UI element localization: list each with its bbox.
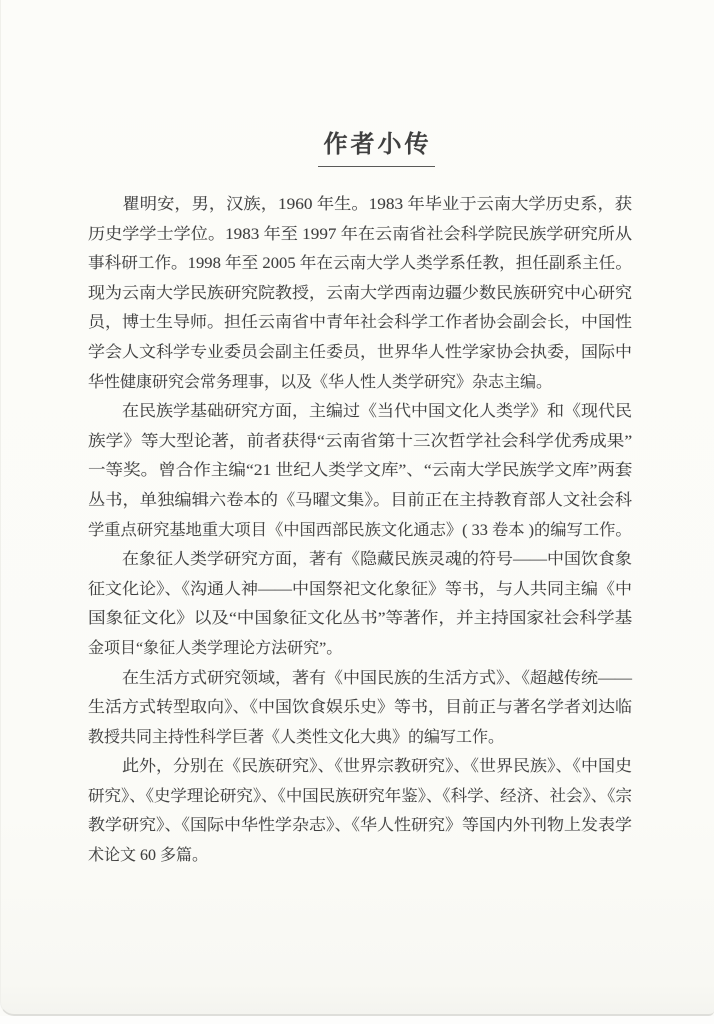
text-line-content: 丛书，单独编辑六卷本的《马曜文集》。目前正在主持教育部人文社会科 xyxy=(88,486,632,516)
text-line-content: 华性健康研究会常务理事，以及《华人性人类学研究》杂志主编。 xyxy=(88,368,552,398)
text-line-content: 员，博士生导师。担任云南省中青年社会科学工作者协会副会长，中国性 xyxy=(88,308,632,338)
text-line-content: 学重点研究基地重大项目《中国西部民族文化通志》( 33 卷本 )的编写工作。 xyxy=(88,516,632,546)
text-line: 员，博士生导师。担任云南省中青年社会科学工作者协会副会长，中国性 xyxy=(88,308,632,338)
text-line-content: 在民族学基础研究方面，主编过《当代中国文化人类学》和《现代民 xyxy=(88,397,632,427)
text-line: 一等奖。曾合作主编“21 世纪人类学文库”、“云南大学民族学文库”两套 xyxy=(88,456,632,486)
text-line: 在生活方式研究领域，著有《中国民族的生活方式》、《超越传统—— xyxy=(88,664,632,694)
text-line-content: 生活方式转型取向》、《中国饮食娱乐史》等书，目前正与著名学者刘达临 xyxy=(88,693,632,723)
text-line: 金项目“象征人类学理论方法研究”。 xyxy=(88,634,632,664)
text-line-content: 族学》等大型论著，前者获得“云南省第十三次哲学社会科学优秀成果” xyxy=(88,427,632,457)
text-line: 事科研工作。1998 年至 2005 年在云南大学人类学系任教，担任副系主任。 xyxy=(88,249,632,279)
text-line-content: 现为云南大学民族研究院教授，云南大学西南边疆少数民族研究中心研究 xyxy=(88,279,632,309)
text-line-content: 术论文 60 多篇。 xyxy=(88,841,208,871)
text-line: 在民族学基础研究方面，主编过《当代中国文化人类学》和《现代民 xyxy=(88,397,632,427)
biography-text: 瞿明安，男，汉族，1960 年生。1983 年毕业于云南大学历史系，获 历史学学… xyxy=(88,190,632,871)
paragraph: 在民族学基础研究方面，主编过《当代中国文化人类学》和《现代民 族学》等大型论著，… xyxy=(88,397,632,545)
text-line-content: 国象征文化》以及“中国象征文化丛书”等著作，并主持国家社会科学基 xyxy=(88,604,632,634)
text-line-content: 一等奖。曾合作主编“21 世纪人类学文库”、“云南大学民族学文库”两套 xyxy=(88,456,632,486)
text-line: 华性健康研究会常务理事，以及《华人性人类学研究》杂志主编。 xyxy=(88,368,632,398)
text-line-content: 事科研工作。1998 年至 2005 年在云南大学人类学系任教，担任副系主任。 xyxy=(88,249,632,279)
page-edge-shadow xyxy=(0,1016,714,1024)
text-line-content: 在象征人类学研究方面，著有《隐藏民族灵魂的符号——中国饮食象 xyxy=(88,545,632,575)
paragraph: 此外，分别在《民族研究》、《世界宗教研究》、《世界民族》、《中国史 研究》、《史… xyxy=(88,752,632,870)
paragraph: 瞿明安，男，汉族，1960 年生。1983 年毕业于云南大学历史系，获 历史学学… xyxy=(88,190,632,397)
text-line-content: 研究》、《史学理论研究》、《中国民族研究年鉴》、《科学、经济、社会》、《宗 xyxy=(88,782,632,812)
text-line: 现为云南大学民族研究院教授，云南大学西南边疆少数民族研究中心研究 xyxy=(88,279,632,309)
text-line: 学会人文科学专业委员会副主任委员，世界华人性学家协会执委，国际中 xyxy=(88,338,632,368)
paragraph: 在象征人类学研究方面，著有《隐藏民族灵魂的符号——中国饮食象 征文化论》、《沟通… xyxy=(88,545,632,663)
title-row: 作者小传 xyxy=(104,124,648,167)
text-line: 历史学学士学位。1983 年至 1997 年在云南省社会科学院民族学研究所从 xyxy=(88,220,632,250)
text-line: 生活方式转型取向》、《中国饮食娱乐史》等书，目前正与著名学者刘达临 xyxy=(88,693,632,723)
text-line: 族学》等大型论著，前者获得“云南省第十三次哲学社会科学优秀成果” xyxy=(88,427,632,457)
text-line-content: 此外，分别在《民族研究》、《世界宗教研究》、《世界民族》、《中国史 xyxy=(88,752,632,782)
text-line-content: 瞿明安，男，汉族，1960 年生。1983 年毕业于云南大学历史系，获 xyxy=(88,190,632,220)
text-line-content: 在生活方式研究领域，著有《中国民族的生活方式》、《超越传统—— xyxy=(88,664,632,694)
scanned-page: 作者小传 瞿明安，男，汉族，1960 年生。1983 年毕业于云南大学历史系，获… xyxy=(0,0,714,1024)
text-line: 丛书，单独编辑六卷本的《马曜文集》。目前正在主持教育部人文社会科 xyxy=(88,486,632,516)
text-line-content: 教学研究》、《国际中华性学杂志》、《华人性研究》等国内外刊物上发表学 xyxy=(88,811,632,841)
text-line: 术论文 60 多篇。 xyxy=(88,841,632,871)
text-line: 瞿明安，男，汉族，1960 年生。1983 年毕业于云南大学历史系，获 xyxy=(88,190,632,220)
text-line: 国象征文化》以及“中国象征文化丛书”等著作，并主持国家社会科学基 xyxy=(88,604,632,634)
text-line-content: 教授共同主持性科学巨著《人类性文化大典》的编写工作。 xyxy=(88,723,504,753)
text-line: 学重点研究基地重大项目《中国西部民族文化通志》( 33 卷本 )的编写工作。 xyxy=(88,516,632,546)
paragraph: 在生活方式研究领域，著有《中国民族的生活方式》、《超越传统—— 生活方式转型取向… xyxy=(88,664,632,753)
text-line: 教学研究》、《国际中华性学杂志》、《华人性研究》等国内外刊物上发表学 xyxy=(88,811,632,841)
text-line: 征文化论》、《沟通人神——中国祭祀文化象征》等书，与人共同主编《中 xyxy=(88,575,632,605)
text-line: 教授共同主持性科学巨著《人类性文化大典》的编写工作。 xyxy=(88,723,632,753)
text-line-content: 历史学学士学位。1983 年至 1997 年在云南省社会科学院民族学研究所从 xyxy=(88,220,632,250)
text-line-content: 学会人文科学专业委员会副主任委员，世界华人性学家协会执委，国际中 xyxy=(88,338,632,368)
text-line-content: 金项目“象征人类学理论方法研究”。 xyxy=(88,634,342,664)
text-line: 研究》、《史学理论研究》、《中国民族研究年鉴》、《科学、经济、社会》、《宗 xyxy=(88,782,632,812)
text-line: 此外，分别在《民族研究》、《世界宗教研究》、《世界民族》、《中国史 xyxy=(88,752,632,782)
text-line-content: 征文化论》、《沟通人神——中国祭祀文化象征》等书，与人共同主编《中 xyxy=(88,575,632,605)
page-title: 作者小传 xyxy=(318,124,435,167)
text-line: 在象征人类学研究方面，著有《隐藏民族灵魂的符号——中国饮食象 xyxy=(88,545,632,575)
